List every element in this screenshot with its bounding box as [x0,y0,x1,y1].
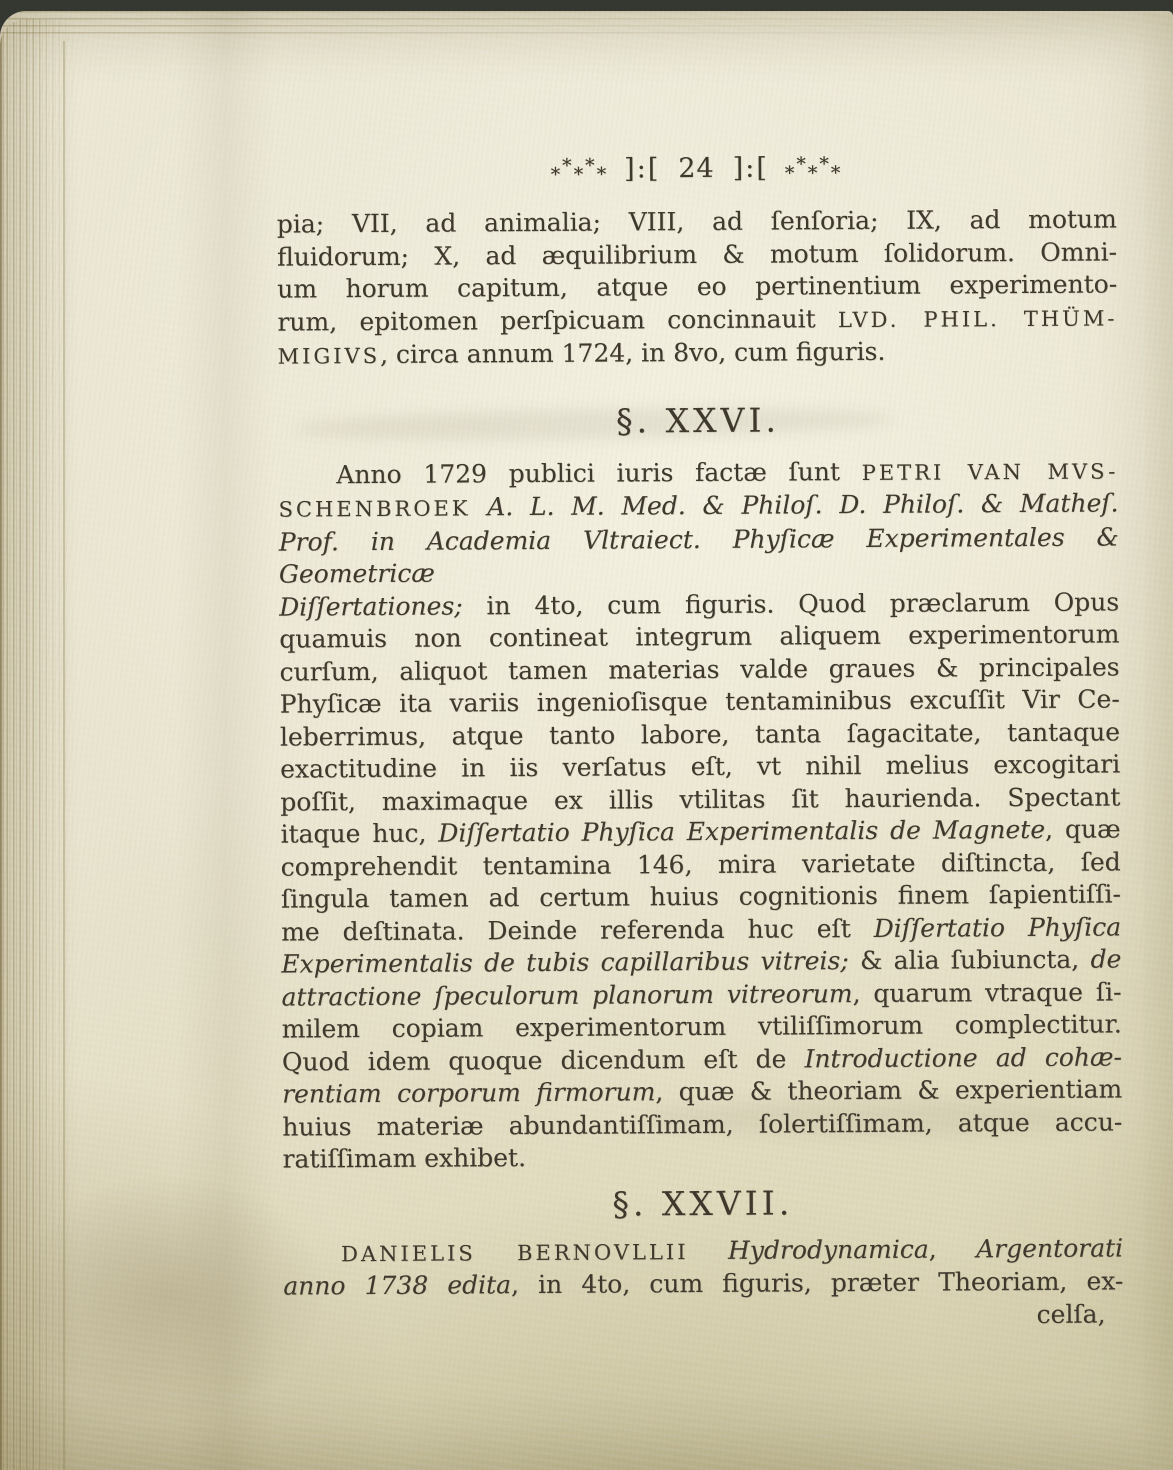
text-segment: LVD. PHIL. THÜM- [838,306,1118,332]
page-number: 24 [676,153,717,184]
text-line: poſſit, maximaque ex illis vtilitas ſit … [280,781,1120,819]
text-segment: um horum capitum, atque eo pertinentium … [277,269,1117,303]
text-segment: SCHENBROEK [278,496,470,521]
text-line: attractione ſpeculorum planorum vitreoru… [281,976,1121,1014]
text-segment: de [1090,944,1121,973]
header-bracket-right: ]:[ [733,153,769,184]
text-line: curſum, aliquot tamen materias valde gra… [279,651,1119,689]
header-bracket-left: ]:[ [624,153,660,184]
text-segment: & alia ſubiuncta, [849,945,1091,975]
text-segment: Quod idem quoque dicendum eſt de [282,1044,805,1076]
text-segment: curſum, aliquot tamen materias valde gra… [279,652,1119,686]
text-segment: DANIELIS BERNOVLLII [341,1240,688,1266]
text-segment: , quarum vtraque ſi- [852,977,1121,1008]
text-segment: quamuis non contineat integrum aliquem e… [279,619,1119,653]
text-line: ſingula tamen ad certum huius cognitioni… [281,878,1121,916]
text-line: quamuis non contineat integrum aliquem e… [279,618,1119,656]
text-line: me deſtinata. Deinde referenda huc eſt D… [281,911,1121,949]
text-segment: fluidorum; X, ad æquilibrium & motum ſol… [277,237,1117,271]
section-heading: §. XXVII. [283,1180,1123,1227]
text-segment: Prof. in Academia Vltraiect. Phyſicæ Exp… [279,522,1119,589]
paragraph: Anno 1729 publici iuris factæ ſunt PETRI… [278,454,1122,1176]
asterisk-ornament-left: ***** [551,161,609,183]
text-line: ratiſſimam exhibet. [282,1138,1122,1176]
page-edge-line [63,41,65,1470]
text-segment: leberrimus, atque tanto labore, tanta ſa… [280,717,1120,751]
text-line: itaque huc, Diſſertatio Phyſica Experime… [280,813,1120,851]
text-segment: celſa, [1036,1299,1105,1328]
text-segment: pia; VII, ad animalia; VIII, ad ſenſoria… [277,204,1117,238]
text-line: anno 1738 edita, in 4to, cum figuris, pr… [283,1265,1123,1303]
text-segment: A. L. M. Med. & Philoſ. D. Philoſ. & Mat… [470,488,1118,521]
text-segment: PETRI VAN MVS- [862,459,1119,485]
text-segment: exactitudine in iis verſatus eſt, vt nih… [280,749,1120,783]
text-segment: Anno 1729 publici iuris factæ ſunt [336,457,862,489]
text-line: Experimentalis de tubis capillaribus vit… [281,943,1121,981]
text-line: MIGIVS, circa annum 1724, in 8vo, cum fi… [278,334,1118,373]
text-line: Prof. in Academia Vltraiect. Phyſicæ Exp… [279,521,1119,591]
text-segment: Phyſicæ ita variis ingenioſisque tentami… [280,684,1120,718]
top-page-edges [0,11,1173,37]
text-line: DANIELIS BERNOVLLII Hydrodynamica, Argen… [283,1232,1123,1271]
text-segment: huius materiæ abundantiſſimam, ſolertiſſ… [282,1107,1122,1141]
text-segment: ratiſſimam exhibet. [282,1143,526,1173]
text-segment: attractione ſpeculorum planorum vitreoru… [281,979,852,1011]
text-block: ***** ]:[ 24 ]:[ ***** pia; VII, ad anim… [276,150,1123,1335]
text-line: SCHENBROEK A. L. M. Med. & Philoſ. D. Ph… [278,487,1118,526]
text-line: Anno 1729 publici iuris factæ ſunt PETRI… [278,454,1118,493]
text-segment: Diſſertationes; [279,591,463,621]
left-page-edges [0,19,84,1470]
text-segment: Hydrodynamica [688,1234,928,1264]
text-segment: Experimentalis de tubis capillaribus vit… [281,946,849,978]
text-line: pia; VII, ad animalia; VIII, ad ſenſoria… [277,203,1117,241]
text-segment: in 4to, cum figuris. Quod præclarum Opus [463,587,1120,620]
text-line: Quod idem quoque dicendum eſt de Introdu… [282,1041,1122,1079]
text-segment: , [929,1234,977,1263]
text-segment: , in 4to, cum figuris, præter Theoriam, … [511,1266,1123,1299]
text-line: exactitudine in iis verſatus eſt, vt nih… [280,748,1120,786]
text-segment: , quæ & theoriam & experientiam [655,1074,1122,1106]
text-segment: rentiam corporum firmorum [282,1077,655,1108]
text-line: um horum capitum, atque eo pertinentium … [277,268,1117,306]
text-segment: MIGIVS [278,344,381,369]
text-line: huius materiæ abundantiſſimam, ſolertiſſ… [282,1106,1122,1144]
paragraph: pia; VII, ad animalia; VIII, ad ſenſoria… [277,203,1118,373]
text-segment: ſingula tamen ad certum huius cognitioni… [281,879,1121,913]
text-segment: poſſit, maximaque ex illis vtilitas ſit … [280,782,1120,816]
text-line: comprehendit tentamina 146, mira varieta… [281,846,1121,884]
page-header: ***** ]:[ 24 ]:[ ***** [276,150,1116,195]
text-segment: itaque huc, [280,819,438,849]
text-segment: Diſſertatio Phyſica [874,912,1122,943]
text-line: Phyſicæ ita variis ingenioſisque tentami… [280,683,1120,721]
text-line: celſa, [283,1298,1123,1336]
asterisk-ornament-right: ***** [785,159,843,181]
text-segment: Argentorati [976,1233,1123,1263]
paragraph: DANIELIS BERNOVLLII Hydrodynamica, Argen… [283,1232,1124,1336]
section-heading: §. XXVI. [278,397,1118,444]
text-segment: Diſſertatio Phyſica Experimentalis de Ma… [438,815,1045,848]
book-page: ***** ]:[ 24 ]:[ ***** pia; VII, ad anim… [0,11,1173,1470]
text-segment: , quæ [1045,814,1121,843]
text-segment: me deſtinata. Deinde referenda huc eſt [281,913,874,946]
text-segment: , circa annum 1724, in 8vo, cum figuris. [380,337,886,369]
text-segment: comprehendit tentamina 146, mira varieta… [281,847,1121,881]
text-segment: Introductione ad cohæ- [804,1042,1122,1073]
text-segment: milem copiam experimentorum vtiliſſimoru… [282,1009,1122,1043]
text-line: rum, epitomen perſpicuam concinnauit LVD… [277,301,1117,340]
text-line: Diſſertationes; in 4to, cum figuris. Quo… [279,586,1119,624]
text-line: fluidorum; X, ad æquilibrium & motum ſol… [277,236,1117,274]
text-line: rentiam corporum firmorum, quæ & theoria… [282,1073,1122,1111]
text-segment: rum, epitomen perſpicuam concinnauit [277,304,838,336]
text-line: leberrimus, atque tanto labore, tanta ſa… [280,716,1120,754]
text-segment: anno 1738 edita [283,1270,511,1300]
text-line: milem copiam experimentorum vtiliſſimoru… [282,1008,1122,1046]
